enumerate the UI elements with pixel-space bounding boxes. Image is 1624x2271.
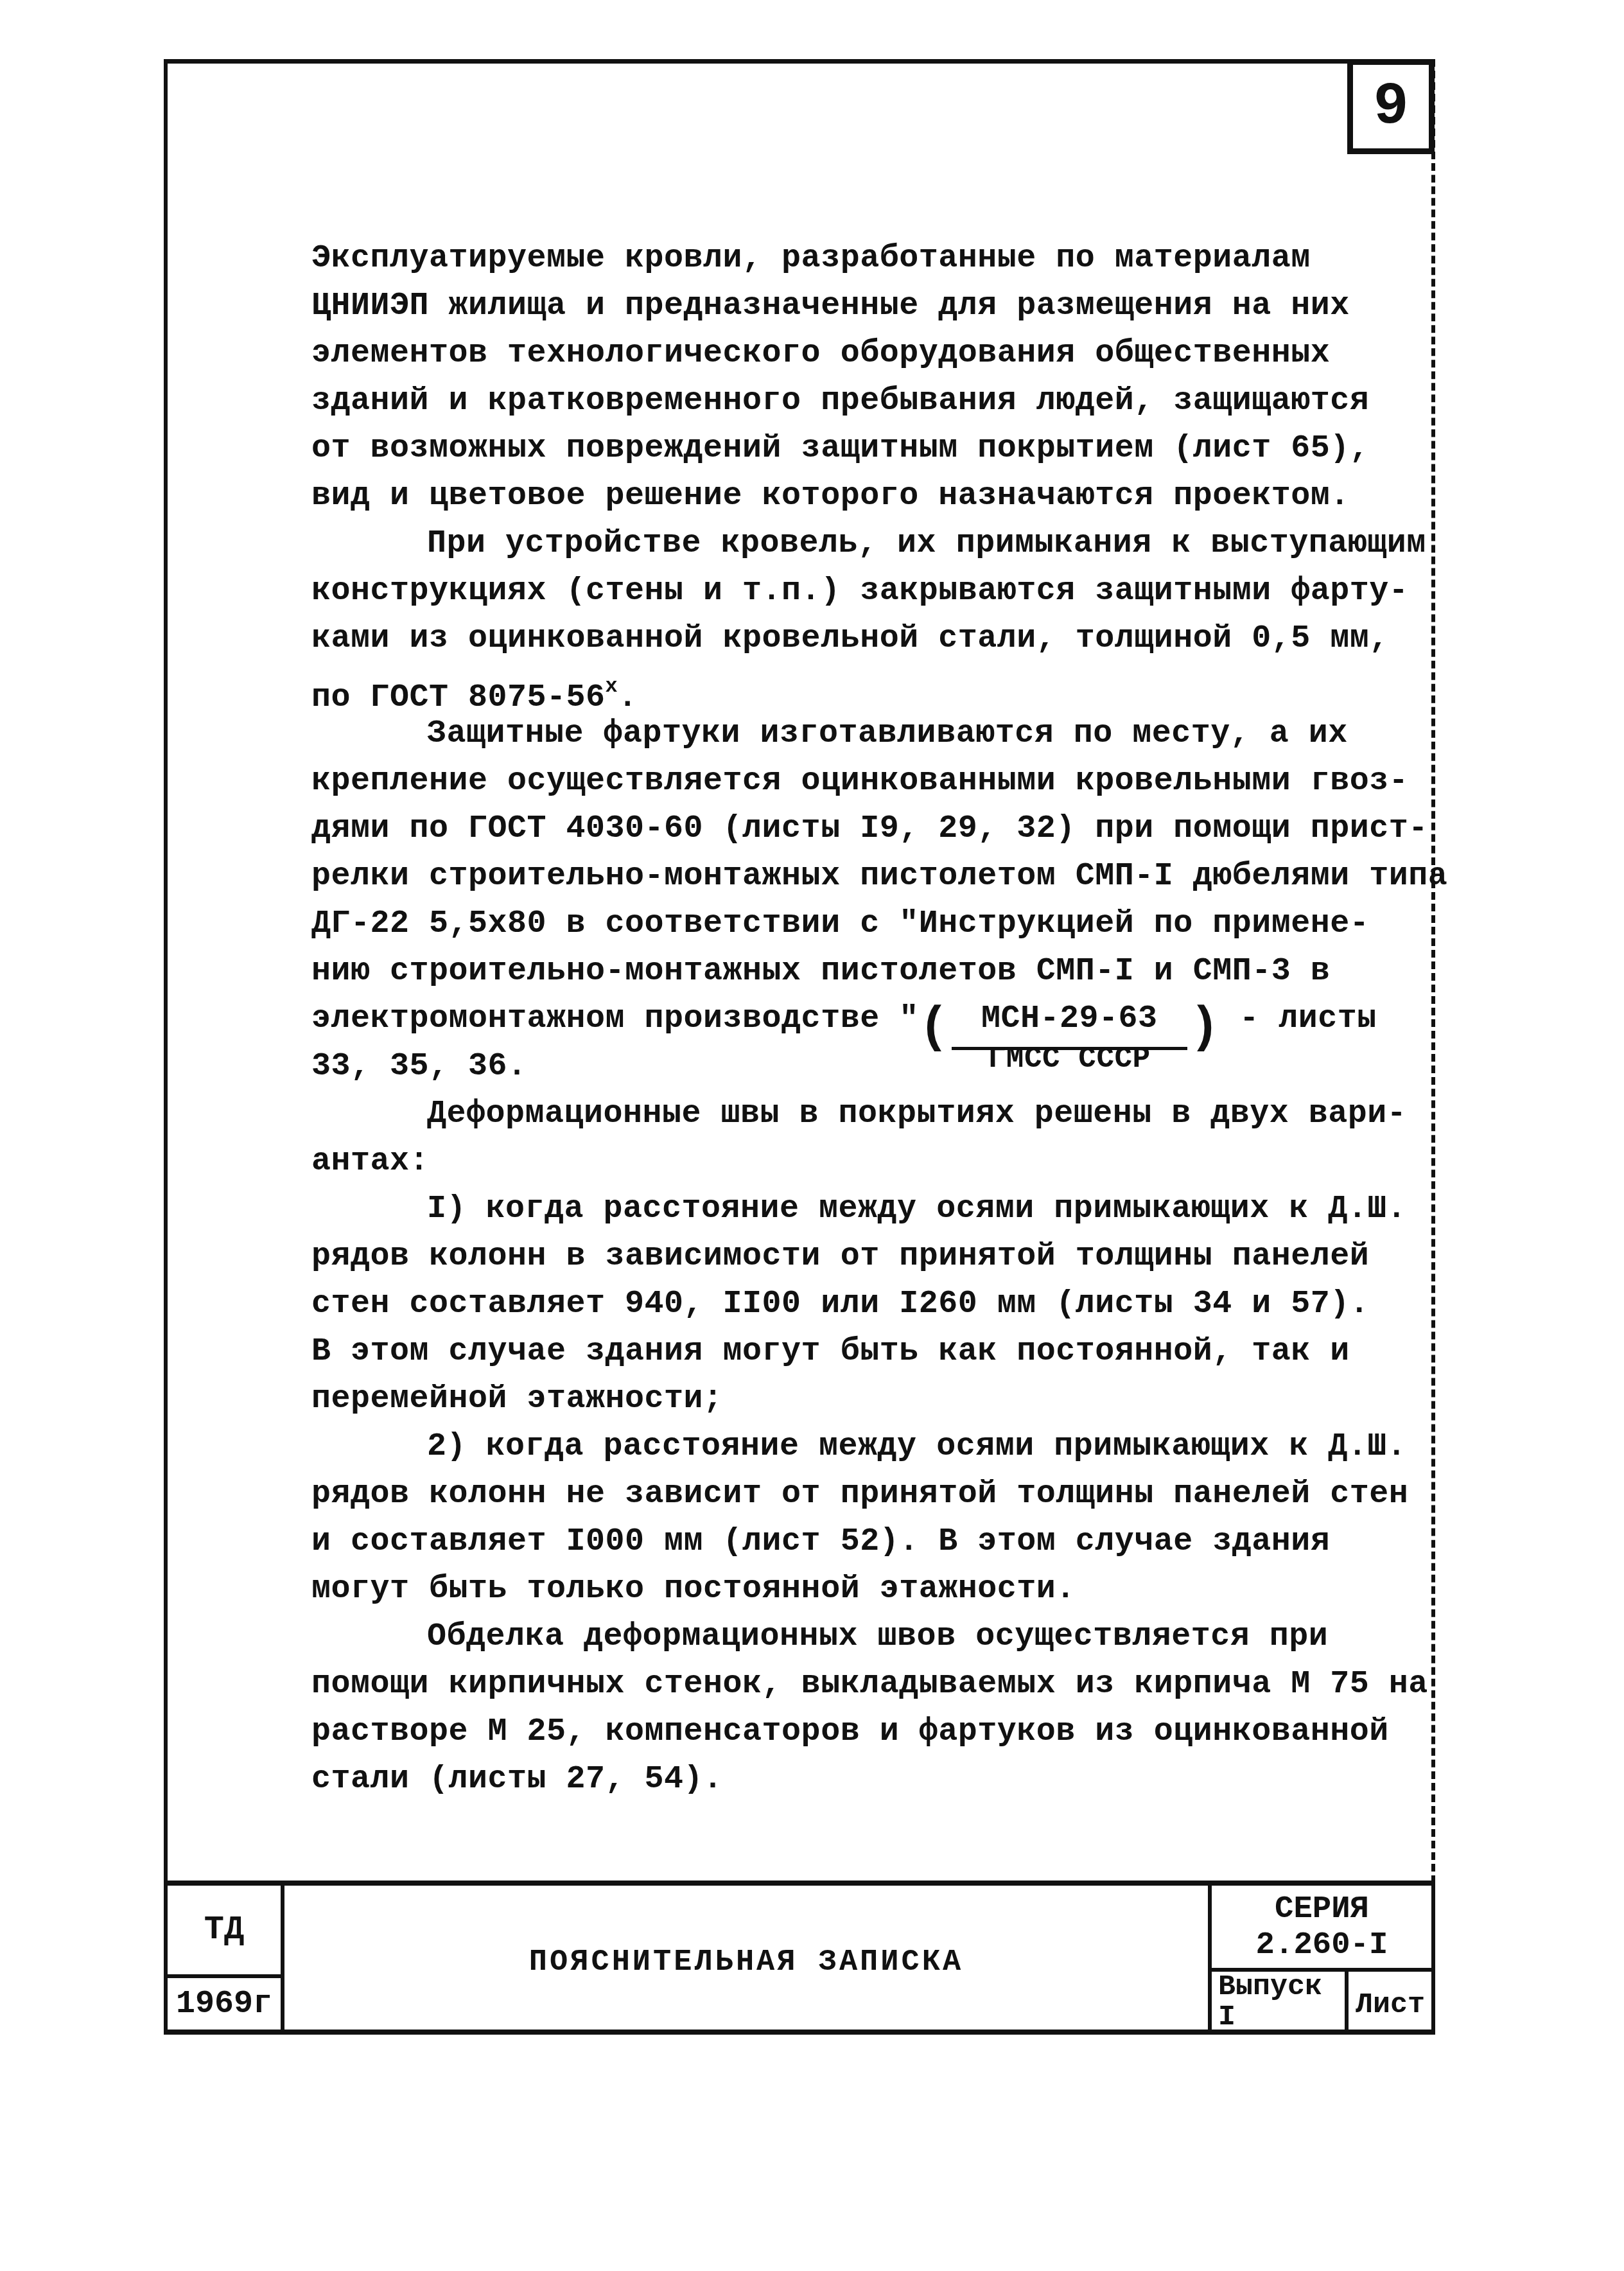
org-code: ТД — [204, 1911, 244, 1949]
fraction-reference: (МСН-29-63ГМСС СССР) — [919, 1001, 1220, 1037]
top-border-line — [164, 59, 1349, 64]
page-number: 9 — [1373, 73, 1408, 141]
series-number: 2.260-I — [1256, 1927, 1388, 1963]
text-line: Защитные фартуки изготавливаются по мест… — [311, 710, 1448, 758]
text-line: от возможных повреждений защитным покрыт… — [311, 425, 1448, 473]
document-title-cell: ПОЯСНИТЕЛЬНАЯ ЗАПИСКА — [284, 1940, 1208, 1985]
text-line: I) когда расстояние между осями примыкаю… — [311, 1186, 1448, 1233]
sheet-cell: Лист — [1349, 1979, 1432, 2030]
left-border-line — [164, 59, 168, 2035]
text-line: нию строительно-монтажных пистолетов СМП… — [311, 948, 1448, 995]
text-line: могут быть только постоянной этажности. — [311, 1566, 1448, 1613]
org-code-cell: ТД — [168, 1885, 281, 1974]
text-line: антах: — [311, 1138, 1448, 1186]
text-line: 33, 35, 36. — [311, 1043, 1448, 1091]
text-line: В этом случае здания могут быть как пост… — [311, 1328, 1448, 1376]
issue-label: Выпуск — [1218, 1972, 1322, 2002]
issue-cell: Выпуск I — [1212, 1972, 1345, 2030]
text-line: Эксплуатируемые кровли, разработанные по… — [311, 235, 1448, 283]
series-label: СЕРИЯ — [1275, 1891, 1369, 1927]
text-line: ЦНИИЭП жилища и предназначенные для разм… — [311, 283, 1448, 330]
issue-number: I — [1218, 2002, 1235, 2032]
text-line: Обделка деформационных швов осуществляет… — [311, 1613, 1448, 1661]
document-page: 9 Эксплуатируемые кровли, разработанные … — [0, 0, 1624, 2271]
text-line: конструкциях (стены и т.п.) закрываются … — [311, 568, 1448, 615]
text-line: Деформационные швы в покрытиях решены в … — [311, 1091, 1448, 1138]
text-line: зданий и кратковременного пребывания люд… — [311, 378, 1448, 425]
text-line: 2) когда расстояние между осями примыкаю… — [311, 1423, 1448, 1471]
text-line: по ГОСТ 8075-56х. — [311, 663, 1448, 710]
text-line: ДГ-22 5,5х80 в соответствии с "Инструкци… — [311, 900, 1448, 948]
text-line: перемейной этажности; — [311, 1376, 1448, 1423]
text-line: При устройстве кровель, их примыкания к … — [311, 520, 1448, 568]
year-cell: 1969г — [168, 1978, 281, 2030]
body-text: Эксплуатируемые кровли, разработанные по… — [311, 235, 1448, 1803]
text-line: вид и цветовое решение которого назначаю… — [311, 473, 1448, 520]
text-line: релки строительно-монтажных пистолетом С… — [311, 853, 1448, 900]
text-line: рядов колонн в зависимости от принятой т… — [311, 1233, 1448, 1281]
titleblock-bottom-line — [164, 2030, 1435, 2035]
text-line: рядов колонн не зависит от принятой толщ… — [311, 1471, 1448, 1518]
year: 1969г — [176, 1986, 272, 2022]
text-line: растворе М 25, компенсаторов и фартуков … — [311, 1708, 1448, 1756]
series-cell: СЕРИЯ 2.260-I — [1212, 1885, 1432, 1968]
sheet-label: Лист — [1356, 1988, 1425, 2021]
document-title: ПОЯСНИТЕЛЬНАЯ ЗАПИСКА — [529, 1945, 963, 1979]
text-line: крепление осуществляется оцинкованными к… — [311, 758, 1448, 805]
text-line: помощи кирпичных стенок, выкладываемых и… — [311, 1661, 1448, 1708]
text-line: стали (листы 27, 54). — [311, 1756, 1448, 1803]
text-line: электромонтажном производстве "(МСН-29-6… — [311, 995, 1448, 1043]
text-line: стен составляет 940, II00 или I260 мм (л… — [311, 1281, 1448, 1328]
text-line: и составляет I000 мм (лист 52). В этом с… — [311, 1518, 1448, 1566]
text-line: ками из оцинкованной кровельной стали, т… — [311, 615, 1448, 663]
page-number-box: 9 — [1347, 59, 1435, 154]
text-line: дями по ГОСТ 4030-60 (листы I9, 29, 32) … — [311, 805, 1448, 853]
text-line: элементов технологического оборудования … — [311, 330, 1448, 378]
